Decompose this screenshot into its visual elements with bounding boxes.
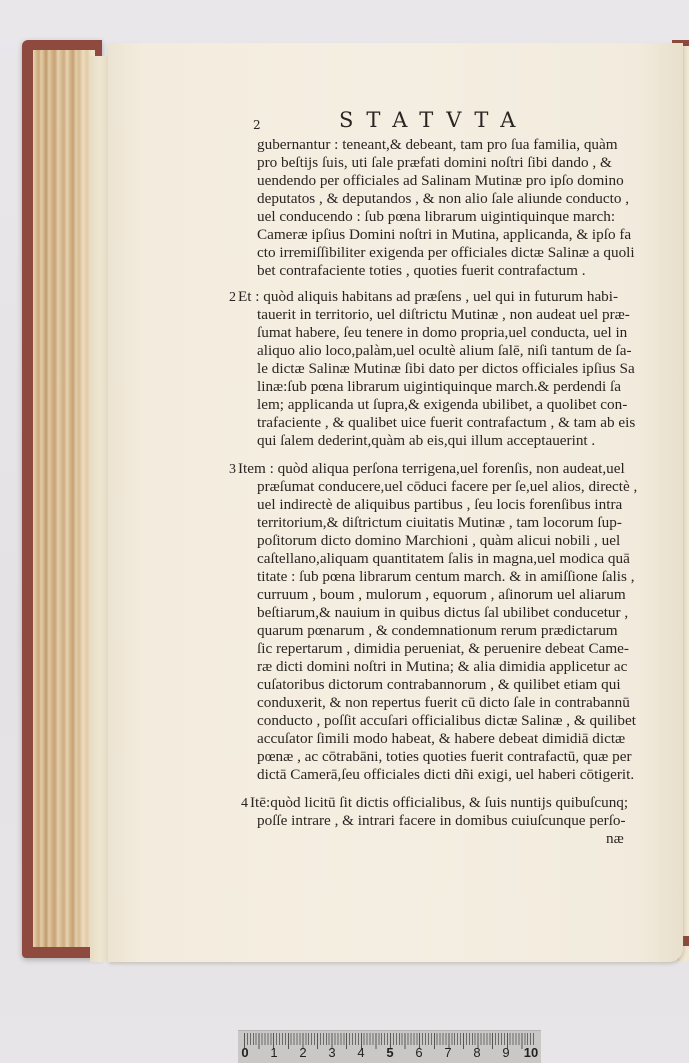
text-line: poſitorum dicto domino Marchioni , quàm … (257, 532, 620, 550)
text-line: ſic repertarum , dimidia perueniat, & pe… (257, 640, 629, 658)
text-line: Cameræ ipſius Domini noſtri in Mutina, a… (257, 226, 631, 244)
running-title: STATVTA (339, 108, 528, 132)
ruler-label: 5 (386, 1045, 393, 1060)
text-line: curruum , boum , mulorum , equorum , aſi… (257, 586, 626, 604)
text-line: Item : quòd aliqua perſona terrigena,uel… (238, 460, 625, 478)
text-line: ſumat habere, ſeu tenere in domo propria… (257, 324, 627, 342)
text-line: poſſe intrare , & intrari facere in domi… (257, 812, 626, 830)
ruler-label: 1 (270, 1045, 277, 1060)
text-line: uel indirectè de aliquibus partibus , ſe… (257, 496, 622, 514)
catchword: næ (606, 830, 624, 848)
text-line: conduxerit, & non repertus fuerit cū dic… (257, 694, 630, 712)
text-line: gubernantur : teneant,& debeant, tam pro… (257, 136, 618, 154)
text-line: le dictæ Salinæ Mutinæ ſibi dato per dic… (257, 360, 635, 378)
text-line: quarum pœnarum , & condemnationum rerum … (257, 622, 618, 640)
section-number: 3 (229, 462, 236, 478)
text-line: pro beſtijs ſuis, uti ſale præfati domin… (257, 154, 612, 172)
text-line: conducto , poſſit accuſari officialibus … (257, 712, 636, 730)
ruler-label: 2 (299, 1045, 306, 1060)
text-line: trafaciente , & qualibet uice fuerit con… (257, 414, 635, 432)
text-line: qui ſalem dederint,quàm ab eis,qui illum… (257, 432, 595, 450)
ruler-label: 9 (502, 1045, 509, 1060)
ruler-label: 0 (241, 1045, 248, 1060)
text-line: cto irremiſſibiliter exigenda per offici… (257, 244, 635, 262)
text-line: præſumat conducere,uel cōduci facere per… (257, 478, 637, 496)
ruler-label: 6 (415, 1045, 422, 1060)
text-line: Et : quòd aliquis habitans ad præſens , … (238, 288, 618, 306)
section-number: 4 (241, 796, 248, 812)
text-line: lem; applicanda ut ſupra,& exigenda ubil… (257, 396, 627, 414)
page-header: 2 STATVTA (253, 108, 653, 134)
text-line: accuſator ſimili modo habeat, & habere d… (257, 730, 625, 748)
text-line: ræ dicti domini noſtri in Mutina; & alia… (257, 658, 627, 676)
page-number: 2 (253, 118, 261, 132)
text-line: linæ:ſub pœna librarum uigintiquinque ma… (257, 378, 621, 396)
text-line: caſtellano,aliquam quantitatem ſalis in … (257, 550, 630, 568)
text-line: territorium,& diſtrictum ciuitatis Mutin… (257, 514, 622, 532)
ruler-label: 4 (357, 1045, 364, 1060)
ruler-label: 7 (444, 1045, 451, 1060)
text-line: titate : ſub pœna librarum centum march.… (257, 568, 635, 586)
text-line: dictā Camerā,ſeu officiales dicti dñi ex… (257, 766, 634, 784)
text-line: beſtiarum,& nauium in quibus dictus ſal … (257, 604, 628, 622)
text-line: cuſatoribus dictorum contrabannorum , & … (257, 676, 621, 694)
text-line: Itē:quòd licitū ſit dictis officialibus,… (250, 794, 628, 812)
page-edges (33, 50, 95, 947)
ruler-label: 10 (524, 1045, 538, 1060)
text-line: aliquo alio loco,palàm,uel ocultè alium … (257, 342, 632, 360)
ruler-label: 8 (473, 1045, 480, 1060)
scale-ruler: 0 1 2 3 4 5 6 7 8 9 10 (238, 1030, 541, 1063)
text-line: uel conducendo : ſub pœna librarum uigin… (257, 208, 615, 226)
text-line: tauerit in territorio, uel diſtrictu Mut… (257, 306, 630, 324)
text-line: deputatos , & deputandos , & non alio ſa… (257, 190, 629, 208)
text-line: pœnæ , ac cōtrabāni, toties quoties fuer… (257, 748, 632, 766)
text-line: bet contrafaciente toties , quoties fuer… (257, 262, 586, 280)
text-line: uendendo per officiales ad Salinam Mutin… (257, 172, 624, 190)
ruler-label: 3 (328, 1045, 335, 1060)
section-number: 2 (229, 290, 236, 306)
